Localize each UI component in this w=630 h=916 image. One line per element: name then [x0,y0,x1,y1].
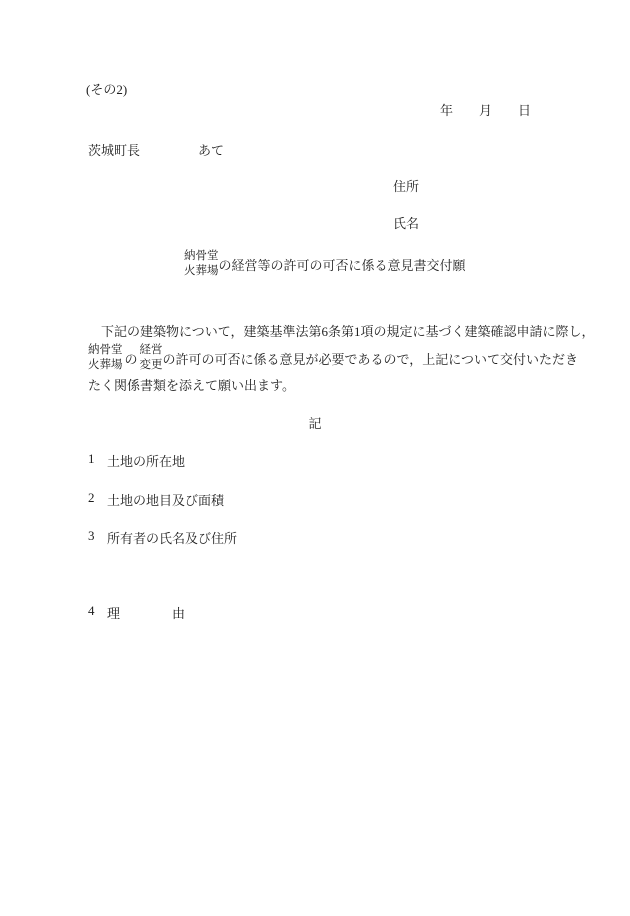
list-item-1: 1 土地の所在地 [88,451,185,470]
list-item-3: 3 所有者の氏名及び住所 [88,528,237,547]
item-1-number: 1 [88,451,107,470]
item-4-number: 4 [88,603,107,622]
body-line3: たく関係書類を添えて願い出ます。 [88,379,295,393]
form-number: (その2) [86,83,127,97]
title-stacked-top: 納骨堂 [184,249,219,264]
body-stacked-action-top: 経営 [140,343,163,358]
item-1-label: 土地の所在地 [107,451,185,470]
document-page: (その2) 年 月 日 茨城町長 あて 住所 氏名 納骨堂 火葬場 の経営等の許… [0,0,630,916]
list-item-4: 4 理 由 [88,603,185,622]
item-4-label: 理 由 [107,603,185,622]
body-stacked-facility-bottom: 火葬場 [88,358,123,373]
body-stacked-action: 経営 変更 [140,343,163,373]
body-stacked-action-bottom: 変更 [140,358,163,373]
record-heading: 記 [0,413,630,432]
item-3-label: 所有者の氏名及び住所 [107,528,237,547]
item-3-number: 3 [88,528,107,547]
item-2-number: 2 [88,490,107,509]
list-item-2: 2 土地の地目及び面積 [88,490,224,509]
body-line1: 下記の建築物について，建築基準法第6条第1項の規定に基づく建築確認申請に際し， [88,325,594,339]
addressee-line: 茨城町長 あて [88,140,224,159]
document-title: 納骨堂 火葬場 の経営等の許可の可否に係る意見書交付願 [184,249,466,279]
body-line2: 納骨堂 火葬場 の 経営 変更 の許可の可否に係る意見が必要であるので，上記につ… [88,343,578,373]
item-2-label: 土地の地目及び面積 [107,490,224,509]
addressee-suffix: あて [198,140,224,159]
addressee-name: 茨城町長 [88,140,140,159]
title-rest: の経営等の許可の可否に係る意見書交付願 [219,255,466,274]
body-stacked-facility: 納骨堂 火葬場 [88,343,123,373]
body-line2-rest: の許可の可否に係る意見が必要であるので，上記について交付いただき [163,349,578,368]
title-stacked-bottom: 火葬場 [184,264,219,279]
body-particle: の [125,349,138,368]
applicant-address-label: 住所 [393,180,419,194]
date-line: 年 月 日 [440,104,531,118]
title-stacked-terms: 納骨堂 火葬場 [184,249,219,279]
body-stacked-facility-top: 納骨堂 [88,343,123,358]
applicant-name-label: 氏名 [393,217,419,231]
